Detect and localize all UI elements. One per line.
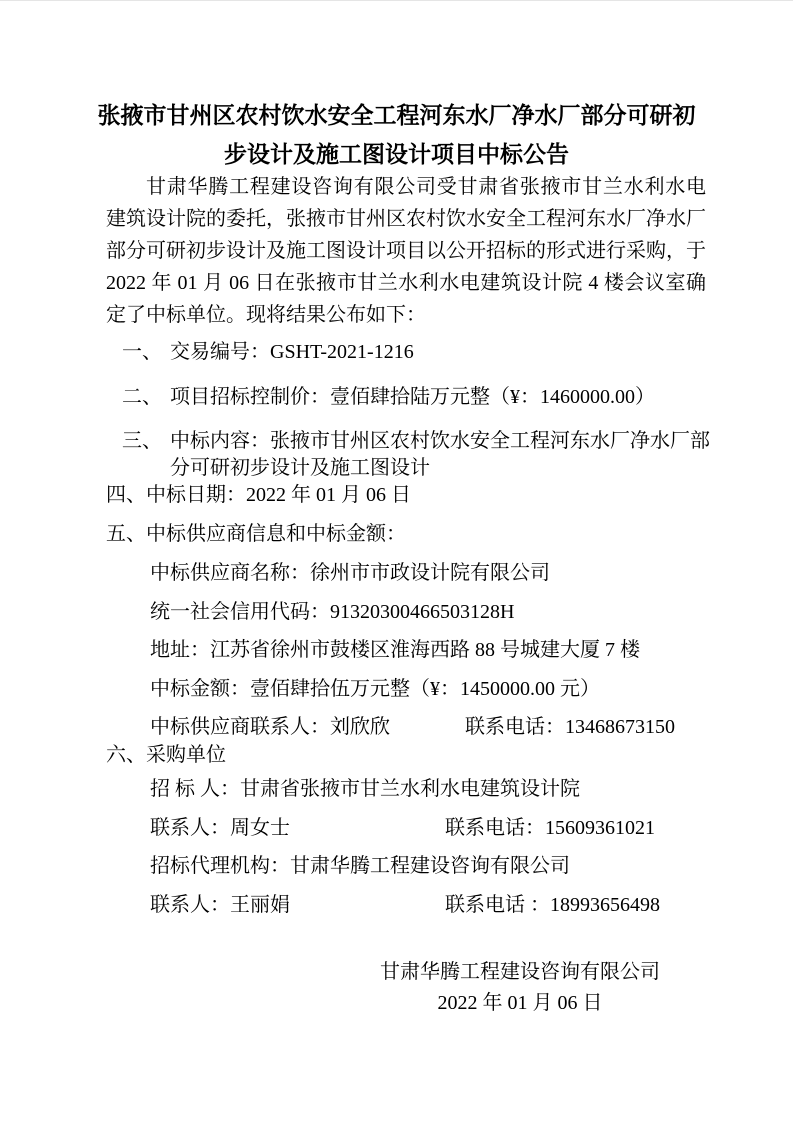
- tenderee-line: 招 标 人：甘肃省张掖市甘兰水利水电建筑设计院: [150, 776, 580, 803]
- title-line-1: 张掖市甘州区农村饮水安全工程河东水厂净水厂部分可研初: [0, 96, 793, 135]
- contact1-name: 联系人：周女士: [150, 817, 290, 839]
- item-marker: 一、: [122, 339, 170, 366]
- agency-line: 招标代理机构：甘肃华腾工程建设咨询有限公司: [150, 853, 570, 880]
- list-item-purchaser: 六、采购单位: [106, 742, 226, 769]
- supplier-contact-name: 中标供应商联系人：刘欣欣: [150, 716, 390, 738]
- award-content-line-1: 中标内容：张掖市甘州区农村饮水安全工程河东水厂净水厂部: [170, 428, 715, 455]
- item-marker: 五、: [106, 523, 146, 545]
- award-content-text: 中标内容：张掖市甘州区农村饮水安全工程河东水厂净水厂部 分可研初步设计及施工图设…: [170, 428, 715, 482]
- contact1-phone: 联系电话：15609361021: [445, 815, 655, 842]
- intro-line-1: 甘肃华腾工程建设咨询有限公司受甘肃省张掖市甘兰水利水电: [106, 171, 706, 203]
- supplier-credit-code-line: 统一社会信用代码：91320300466503128H: [150, 599, 514, 626]
- list-item-control-price: 二、 项目招标控制价：壹佰肆拾陆万元整（¥：1460000.00）: [122, 384, 655, 411]
- signature-company: 甘肃华腾工程建设咨询有限公司: [380, 957, 660, 988]
- award-content-line-2: 分可研初步设计及施工图设计: [170, 455, 715, 482]
- list-item-award-date: 四、中标日期：2022 年 01 月 06 日: [106, 482, 411, 509]
- signature-date: 2022 年 01 月 06 日: [380, 988, 660, 1019]
- purchaser-contact2-line: 联系人：王丽娟 联系电话 ：18993656498: [150, 892, 290, 919]
- purchaser-contact1-line: 联系人：周女士 联系电话：15609361021: [150, 815, 290, 842]
- purchaser-text: 采购单位: [146, 744, 226, 766]
- intro-line-5: 定了中标单位。现将结果公布如下：: [106, 299, 706, 331]
- item-marker: 三、: [122, 428, 170, 482]
- item-marker: 六、: [106, 744, 146, 766]
- list-item-award-content: 三、 中标内容：张掖市甘州区农村饮水安全工程河东水厂净水厂部 分可研初步设计及施…: [122, 428, 715, 482]
- title-line-2: 步设计及施工图设计项目中标公告: [0, 135, 793, 174]
- list-item-deal-number: 一、 交易编号：GSHT-2021-1216: [122, 339, 414, 366]
- supplier-contact-line: 中标供应商联系人：刘欣欣 联系电话：13468673150: [150, 714, 390, 741]
- intro-line-3: 部分可研初步设计及施工图设计项目以公开招标的形式进行采购，于: [106, 235, 706, 267]
- intro-line-4: 2022 年 01 月 06 日在张掖市甘兰水利水电建筑设计院 4 楼会议室确: [106, 267, 706, 299]
- intro-paragraph: 甘肃华腾工程建设咨询有限公司受甘肃省张掖市甘兰水利水电 建筑设计院的委托，张掖市…: [106, 171, 706, 331]
- list-item-supplier-info: 五、中标供应商信息和中标金额：: [106, 521, 406, 548]
- supplier-name-line: 中标供应商名称：徐州市市政设计院有限公司: [150, 560, 550, 587]
- contact2-phone: 联系电话 ：18993656498: [445, 892, 660, 919]
- page-title: 张掖市甘州区农村饮水安全工程河东水厂净水厂部分可研初 步设计及施工图设计项目中标…: [0, 96, 793, 174]
- control-price-text: 项目招标控制价：壹佰肆拾陆万元整（¥：1460000.00）: [170, 384, 655, 411]
- signature-block: 甘肃华腾工程建设咨询有限公司 2022 年 01 月 06 日: [380, 957, 660, 1019]
- deal-number-text: 交易编号：GSHT-2021-1216: [170, 339, 414, 366]
- intro-line-2: 建筑设计院的委托，张掖市甘州区农村饮水安全工程河东水厂净水厂: [106, 203, 706, 235]
- supplier-amount-line: 中标金额：壹佰肆拾伍万元整（¥：1450000.00 元）: [150, 676, 600, 703]
- contact2-name: 联系人：王丽娟: [150, 894, 290, 916]
- item-marker: 四、: [106, 484, 146, 506]
- document-page: 张掖市甘州区农村饮水安全工程河东水厂净水厂部分可研初 步设计及施工图设计项目中标…: [0, 0, 793, 1123]
- award-date-text: 中标日期：2022 年 01 月 06 日: [146, 484, 411, 506]
- supplier-contact-phone: 联系电话：13468673150: [465, 714, 675, 741]
- supplier-address-line: 地址：江苏省徐州市鼓楼区淮海西路 88 号城建大厦 7 楼: [150, 637, 640, 664]
- supplier-info-text: 中标供应商信息和中标金额：: [146, 523, 406, 545]
- item-marker: 二、: [122, 384, 170, 411]
